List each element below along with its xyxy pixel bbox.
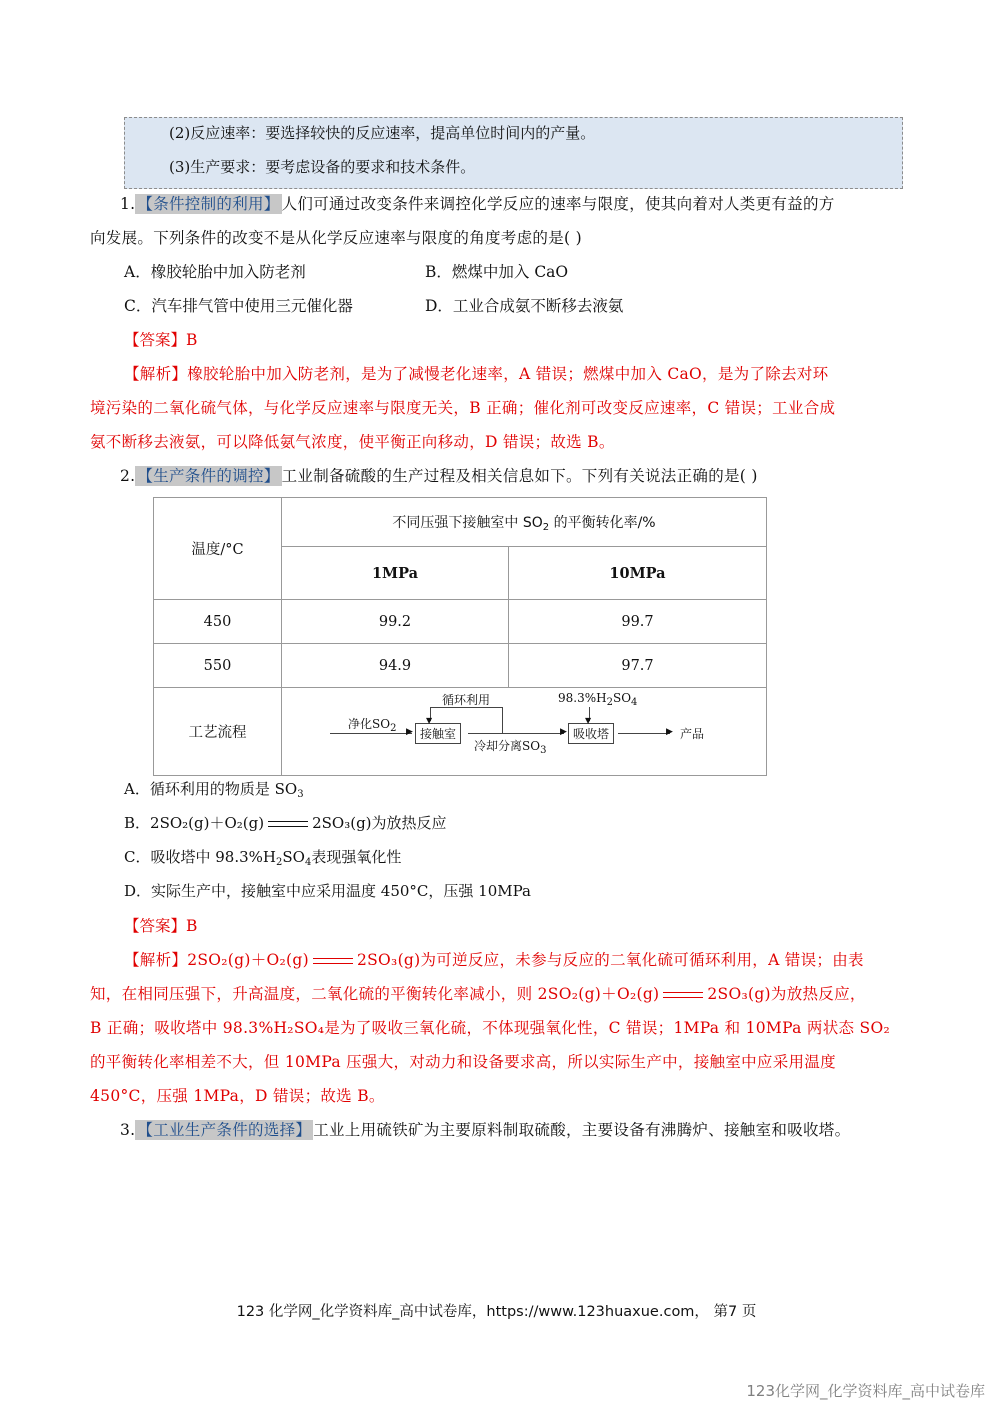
process-flow-diagram: 净化SO2 ▶ 接触室 ▶ ▼ 循环利用 冷却分离SO3 吸收塔 98.3%H2… bbox=[282, 689, 766, 775]
q2-analysis-line2: 知，在相同压强下，升高温度，二氧化硫的平衡转化率减小，则 2SO₂(g)＋O₂(… bbox=[90, 982, 910, 1004]
note-box: (2)反应速率：要选择较快的反应速率，提高单位时间内的产量。 (3)生产要求：要… bbox=[124, 117, 903, 189]
arrowhead-down-icon: ▼ bbox=[426, 716, 432, 725]
analysis-label: 【解析】 bbox=[124, 365, 187, 383]
q1-option-d: D．工业合成氨不断移去液氨 bbox=[425, 294, 623, 316]
answer-label: 【答案】 bbox=[124, 917, 186, 935]
q2-analysis-line4: 的平衡转化率相差不大，但 10MPa 压强大，对动力和设备要求高，所以实际生产中… bbox=[90, 1050, 910, 1072]
q1-answer: 【答案】B bbox=[124, 328, 197, 350]
flow-recycle-line bbox=[502, 707, 503, 733]
value-cell: 94.9 bbox=[282, 644, 509, 688]
arrowhead-down-icon: ▼ bbox=[585, 716, 591, 725]
q2-option-d: D．实际生产中，接触室中应采用温度 450°C，压强 10MPa bbox=[124, 880, 531, 901]
q2-option-c: C．吸收塔中 98.3%H2SO4表现强氧化性 bbox=[124, 846, 401, 868]
table-row-process: 工艺流程 净化SO2 ▶ 接触室 ▶ ▼ 循环利用 冷却分离SO3 吸收塔 98… bbox=[154, 688, 767, 776]
conversion-group-header: 不同压强下接触室中 SO2 的平衡转化率/% bbox=[282, 498, 767, 547]
flow-acid-label: 98.3%H2SO4 bbox=[558, 691, 637, 708]
q2-analysis-line3: B 正确；吸收塔中 98.3%H₂SO₄是为了吸收三氧化硫，不体现强氧化性，C … bbox=[90, 1016, 910, 1038]
analysis-label: 【解析】 bbox=[124, 951, 187, 969]
flow-product-label: 产品 bbox=[680, 725, 704, 742]
note-line-requirement: (3)生产要求：要考虑设备的要求和技术条件。 bbox=[169, 156, 475, 177]
q3-stem-text: 工业上用硫铁矿为主要原料制取硫酸，主要设备有沸腾炉、接触室和吸收塔。 bbox=[313, 1121, 850, 1139]
q3-stem: 3.【工业生产条件的选择】工业上用硫铁矿为主要原料制取硫酸，主要设备有沸腾炉、接… bbox=[120, 1118, 940, 1140]
q1-stem-line1: 1.【条件控制的利用】人们可通过改变条件来调控化学反应的速率与限度，使其向着对人… bbox=[120, 192, 940, 214]
table-row: 450 99.2 99.7 bbox=[154, 600, 767, 644]
q2-number: 2. bbox=[120, 467, 135, 485]
flow-arrow-mid bbox=[468, 733, 564, 734]
q2-stem-text: 工业制备硫酸的生产过程及相关信息如下。下列有关说法正确的是( ) bbox=[282, 467, 758, 485]
q1-analysis-line3: 氨不断移去液氨，可以降低氨气浓度，使平衡正向移动，D 错误；故选 B。 bbox=[90, 430, 910, 452]
q3-number: 3. bbox=[120, 1121, 135, 1139]
column-10mpa: 10MPa bbox=[509, 547, 767, 600]
process-label: 工艺流程 bbox=[154, 688, 282, 776]
value-cell: 99.7 bbox=[509, 600, 767, 644]
q2-stem: 2.【生产条件的调控】工业制备硫酸的生产过程及相关信息如下。下列有关说法正确的是… bbox=[120, 464, 940, 486]
flow-input-label: 净化SO2 bbox=[348, 715, 396, 734]
q2-topic-tag: 【生产条件的调控】 bbox=[135, 466, 281, 486]
q1-topic-tag: 【条件控制的利用】 bbox=[135, 194, 281, 214]
q1-number: 1. bbox=[120, 195, 135, 213]
q1-stem-text: 人们可通过改变条件来调控化学反应的速率与限度，使其向着对人类更有益的方 bbox=[282, 195, 835, 213]
equilibrium-arrow-icon bbox=[663, 990, 703, 1000]
analysis-text: 橡胶轮胎中加入防老剂，是为了减慢老化速率，A 错误；燃煤中加入 CaO，是为了除… bbox=[187, 365, 828, 383]
conversion-table: 温度/°C 不同压强下接触室中 SO2 的平衡转化率/% 1MPa 10MPa … bbox=[153, 497, 767, 776]
temp-cell: 450 bbox=[154, 600, 282, 644]
answer-label: 【答案】 bbox=[124, 331, 186, 349]
temp-cell: 550 bbox=[154, 644, 282, 688]
q2-analysis-line5: 450°C，压强 1MPa，D 错误；故选 B。 bbox=[90, 1084, 910, 1106]
flow-reactor-box: 接触室 bbox=[415, 723, 461, 744]
watermark: 123化学网_化学资料库_高中试卷库 bbox=[746, 1380, 985, 1401]
equilibrium-arrow-icon bbox=[268, 819, 308, 829]
q1-option-a: A．橡胶轮胎中加入防老剂 bbox=[124, 260, 306, 282]
table-row: 550 94.9 97.7 bbox=[154, 644, 767, 688]
q1-option-c: C．汽车排气管中使用三元催化器 bbox=[124, 294, 353, 316]
flow-arrow-output bbox=[618, 733, 670, 734]
q1-analysis-line1: 【解析】橡胶轮胎中加入防老剂，是为了减慢老化速率，A 错误；燃煤中加入 CaO，… bbox=[124, 362, 944, 384]
flow-arrow-input bbox=[330, 733, 412, 734]
temperature-header: 温度/°C bbox=[154, 498, 282, 600]
flow-absorber-box: 吸收塔 bbox=[568, 723, 614, 744]
column-1mpa: 1MPa bbox=[282, 547, 509, 600]
arrowhead-icon: ▶ bbox=[666, 727, 673, 737]
q2-answer: 【答案】B bbox=[124, 914, 197, 936]
arrowhead-icon: ▶ bbox=[406, 727, 413, 737]
answer-value: B bbox=[186, 331, 197, 349]
group-header-unit: 的平衡转化率/% bbox=[549, 515, 655, 531]
group-header-text: 不同压强下接触室中 SO bbox=[392, 515, 542, 531]
value-cell: 97.7 bbox=[509, 644, 767, 688]
equilibrium-arrow-icon bbox=[313, 956, 353, 966]
arrowhead-icon: ▶ bbox=[560, 727, 567, 737]
q1-analysis-line2: 境污染的二氧化硫气体，与化学反应速率与限度无关，B 正确；催化剂可改变反应速率，… bbox=[90, 396, 910, 418]
answer-value: B bbox=[186, 917, 197, 935]
value-cell: 99.2 bbox=[282, 600, 509, 644]
q3-topic-tag: 【工业生产条件的选择】 bbox=[135, 1120, 313, 1140]
note-line-rate: (2)反应速率：要选择较快的反应速率，提高单位时间内的产量。 bbox=[169, 122, 595, 143]
flow-separation-label: 冷却分离SO3 bbox=[474, 737, 546, 756]
q2-analysis-line1: 【解析】2SO₂(g)＋O₂(g)2SO₃(g)为可逆反应，未参与反应的二氧化硫… bbox=[124, 948, 944, 970]
page-footer: 123 化学网_化学资料库_高中试卷库，https://www.123huaxu… bbox=[0, 1300, 993, 1321]
q1-stem-line2: 向发展。下列条件的改变不是从化学反应速率与限度的角度考虑的是( ) bbox=[90, 226, 910, 248]
q1-option-b: B．燃煤中加入 CaO bbox=[425, 260, 568, 282]
process-flow-cell: 净化SO2 ▶ 接触室 ▶ ▼ 循环利用 冷却分离SO3 吸收塔 98.3%H2… bbox=[282, 688, 767, 776]
q2-option-a: A．循环利用的物质是 SO3 bbox=[124, 778, 304, 800]
q2-option-b: B．2SO₂(g)＋O₂(g)2SO₃(g)为放热反应 bbox=[124, 812, 447, 833]
flow-recycle-label: 循环利用 bbox=[442, 691, 490, 708]
